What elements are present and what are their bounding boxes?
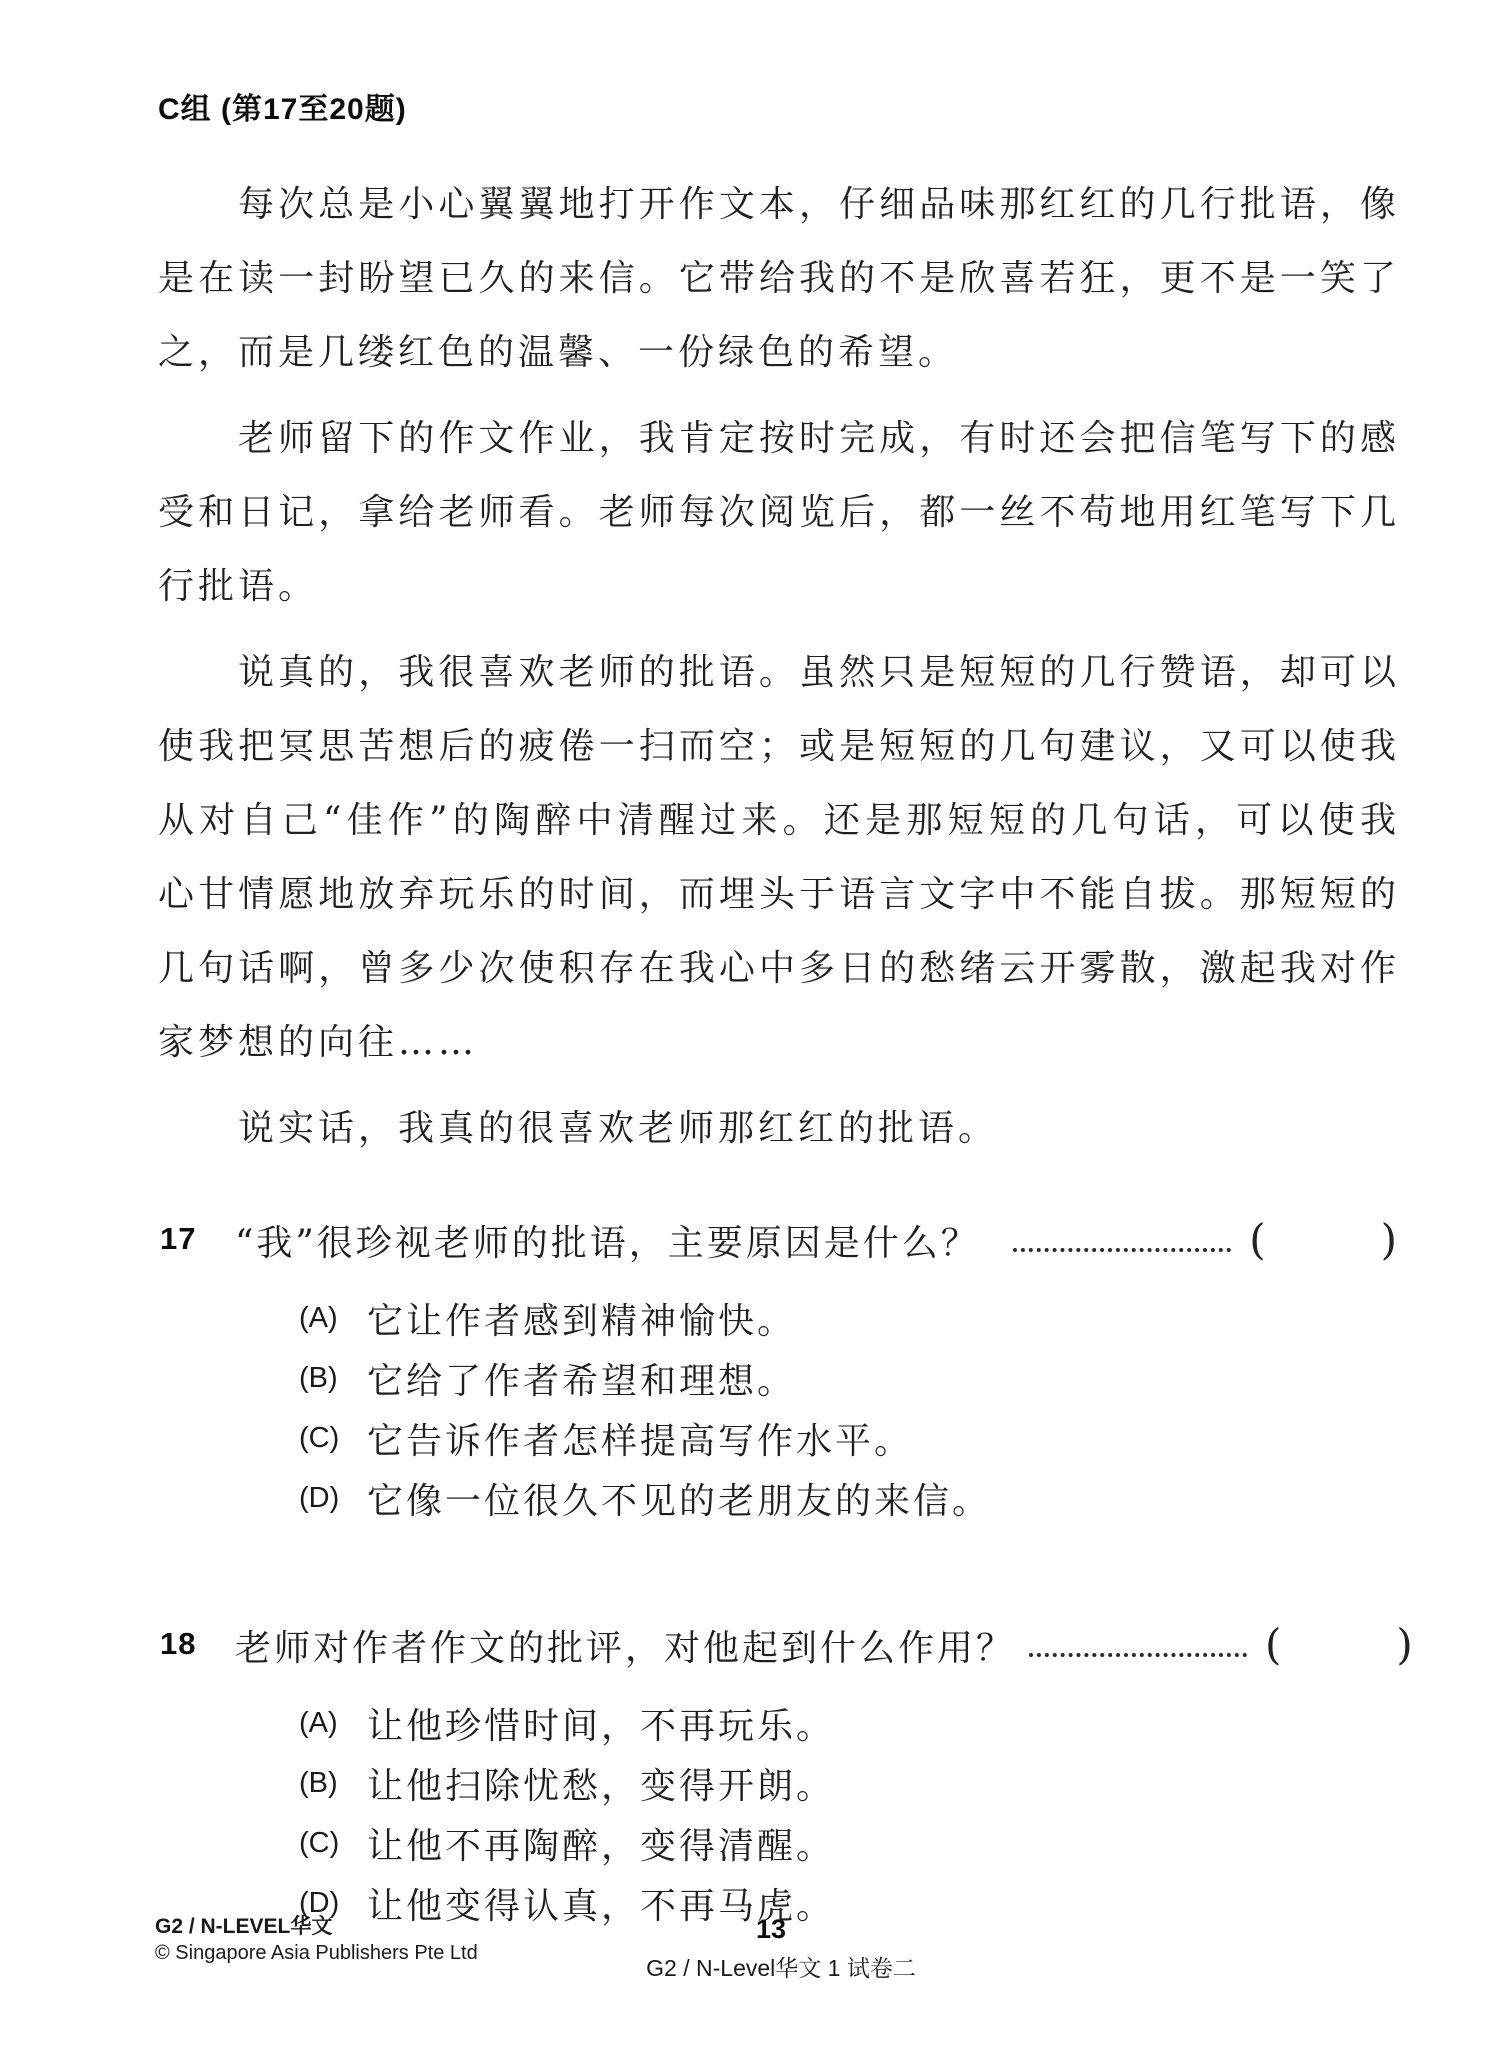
dotted-leader [1029,1623,1247,1657]
question-17-head: “我”很珍视老师的批语，主要原因是什么？ ( ) [235,1216,1400,1264]
question-17: 17 “我”很珍视老师的批语，主要原因是什么？ ( ) (A) 它让作者感到精神… [158,1216,1400,1528]
option-row: (A) 它让作者感到精神愉快。 [235,1288,1400,1348]
answer-bracket-open: ( [1249,1216,1268,1264]
option-row: (C) 让他不再陶醉，变得清醒。 [235,1813,1400,1873]
question-stem: 老师对作者作文的批评，对他起到什么作用？ [235,1620,1015,1671]
answer-bracket-close: ) [1381,1216,1400,1264]
question-17-options: (A) 它让作者感到精神愉快。 (B) 它给了作者希望和理想。 (C) 它告诉作… [235,1288,1400,1528]
passage-paragraph: 老师留下的作文作业，我肯定按时完成，有时还会把信笔写下的感 受和日记，拿给老师看… [158,402,1400,624]
answer-bracket-close: ) [1396,1621,1415,1669]
option-row: (D) 它像一位很久不见的老朋友的来信。 [235,1468,1400,1528]
passage-line: 说真的，我很喜欢老师的批语。虽然只是短短的几行赞语，却可以 [158,636,1400,710]
question-18-options: (A) 让他珍惜时间，不再玩乐。 (B) 让他扫除忧愁，变得开朗。 (C) 让他… [235,1693,1400,1933]
passage-paragraph: 说实话，我真的很喜欢老师那红红的批语。 [158,1092,1400,1166]
passage-line: 心甘情愿地放弃玩乐的时间，而埋头于语言文字中不能自拔。那短短的 [158,858,1400,932]
option-label: (A) [299,1302,367,1335]
passage-line: 使我把冥思苦想后的疲倦一扫而空；或是短短的几句建议，又可以使我 [158,710,1400,784]
passage-line: 之，而是几缕红色的温馨、一份绿色的希望。 [158,316,1400,390]
imprint-series: G2 / N-LEVEL华文 [155,1913,478,1940]
question-18-head: 老师对作者作文的批评，对他起到什么作用？ ( ) [235,1621,1400,1669]
answer-blank: ( ) [999,1216,1400,1264]
passage-paragraph: 每次总是小心翼翼地打开作文本，仔细品味那红红的几行批语，像 是在读一封盼望已久的… [158,168,1400,390]
option-row: (B) 它给了作者希望和理想。 [235,1348,1400,1408]
page-content: C组 (第17至20题) 每次总是小心翼翼地打开作文本，仔细品味那红红的几行批语… [158,88,1400,1933]
option-text: 它告诉作者怎样提高写作水平。 [367,1413,913,1464]
passage-line: 说实话，我真的很喜欢老师那红红的批语。 [158,1092,1400,1166]
passage-line: 行批语。 [158,550,1400,624]
page-number: 13 [756,1914,786,1945]
option-label: (B) [299,1767,367,1800]
exam-page: C组 (第17至20题) 每次总是小心翼翼地打开作文本，仔细品味那红红的几行批语… [0,0,1503,2048]
question-number: 17 [160,1221,196,1257]
passage-paragraph: 说真的，我很喜欢老师的批语。虽然只是短短的几行赞语，却可以 使我把冥思苦想后的疲… [158,636,1400,1080]
question-number: 18 [160,1626,196,1662]
option-row: (C) 它告诉作者怎样提高写作水平。 [235,1408,1400,1468]
option-label: (B) [299,1362,367,1395]
option-text: 它让作者感到精神愉快。 [367,1293,796,1344]
option-row: (A) 让他珍惜时间，不再玩乐。 [235,1693,1400,1753]
section-header: C组 (第17至20题) [158,88,1400,132]
passage-line: 是在读一封盼望已久的来信。它带给我的不是欣喜若狂，更不是一笑了 [158,242,1400,316]
answer-bracket-open: ( [1265,1621,1284,1669]
option-text: 让他珍惜时间，不再玩乐。 [367,1698,835,1749]
edition-label: G2 / N-Level华文 1 试卷二 [646,1950,916,1983]
dotted-leader [1013,1218,1231,1252]
question-stem: “我”很珍视老师的批语，主要原因是什么？ [235,1215,980,1266]
option-text: 它给了作者希望和理想。 [367,1353,796,1404]
option-text: 让他扫除忧愁，变得开朗。 [367,1758,835,1809]
passage-line: 每次总是小心翼翼地打开作文本，仔细品味那红红的几行批语，像 [158,168,1400,242]
passage-line: 从对自己“佳作”的陶醉中清醒过来。还是那短短的几句话，可以使我 [158,784,1400,858]
passage-line: 老师留下的作文作业，我肯定按时完成，有时还会把信笔写下的感 [158,402,1400,476]
option-label: (A) [299,1707,367,1740]
publisher-imprint: G2 / N-LEVEL华文 © Singapore Asia Publishe… [155,1913,478,1967]
option-text: 让他不再陶醉，变得清醒。 [367,1818,835,1869]
answer-blank: ( ) [1015,1621,1416,1669]
reading-passage: 每次总是小心翼翼地打开作文本，仔细品味那红红的几行批语，像 是在读一封盼望已久的… [158,168,1400,1166]
option-label: (D) [299,1482,367,1515]
option-row: (B) 让他扫除忧愁，变得开朗。 [235,1753,1400,1813]
passage-line: 家梦想的向往…… [158,1006,1400,1080]
imprint-copyright: © Singapore Asia Publishers Pte Ltd [155,1940,478,1967]
passage-line: 受和日记，拿给老师看。老师每次阅览后，都一丝不苟地用红笔写下几 [158,476,1400,550]
passage-line: 几句话啊，曾多少次使积存在我心中多日的愁绪云开雾散，激起我对作 [158,932,1400,1006]
option-text: 它像一位很久不见的老朋友的来信。 [367,1473,991,1524]
question-18: 18 老师对作者作文的批评，对他起到什么作用？ ( ) (A) 让他珍惜时间，不… [158,1621,1400,1933]
option-label: (C) [299,1422,367,1455]
option-label: (C) [299,1827,367,1860]
